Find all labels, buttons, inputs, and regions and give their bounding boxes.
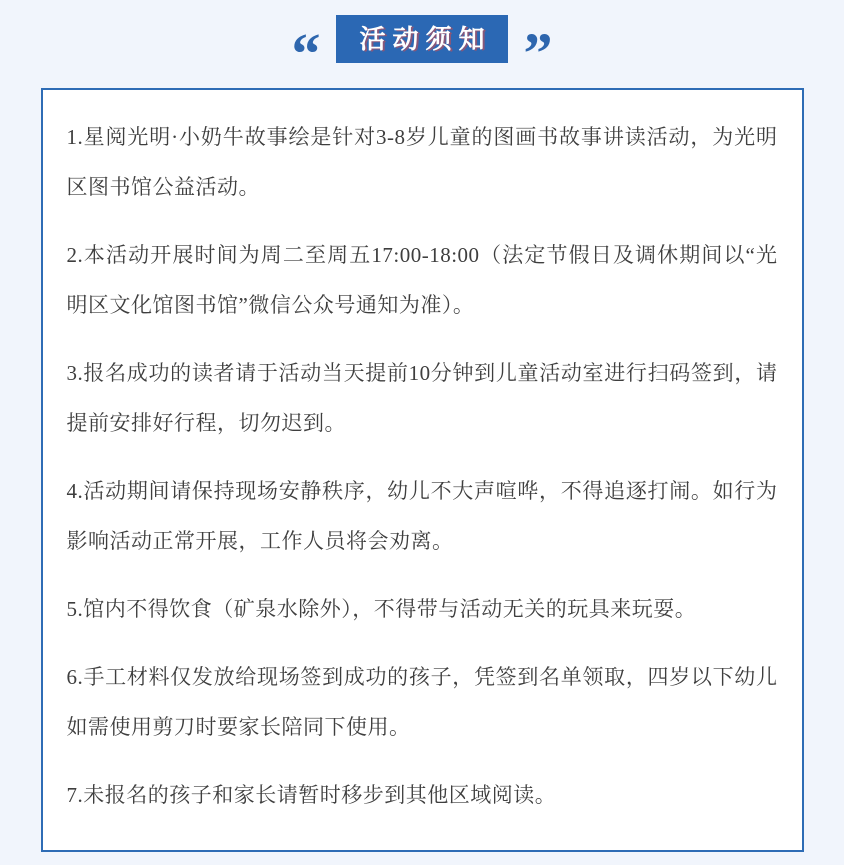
notice-item-3: 3.报名成功的读者请于活动当天提前10分钟到儿童活动室进行扫码签到，请提前安排好… [67, 348, 778, 448]
notice-item-5: 5.馆内不得饮食（矿泉水除外），不得带与活动无关的玩具来玩耍。 [67, 584, 778, 634]
notice-page: “ 活动须知 ” 1.星阅光明·小奶牛故事绘是针对3-8岁儿童的图画书故事讲读活… [0, 0, 844, 865]
notice-box: 1.星阅光明·小奶牛故事绘是针对3-8岁儿童的图画书故事讲读活动，为光明区图书馆… [41, 88, 804, 852]
section-title-badge: 活动须知 [336, 15, 507, 63]
notice-item-1: 1.星阅光明·小奶牛故事绘是针对3-8岁儿童的图画书故事讲读活动，为光明区图书馆… [67, 112, 778, 212]
notice-item-2: 2.本活动开展时间为周二至周五17:00-18:00（法定节假日及调休期间以“光… [67, 230, 778, 330]
section-header: “ 活动须知 ” [0, 14, 844, 64]
notice-item-4: 4.活动期间请保持现场安静秩序，幼儿不大声喧哗，不得追逐打闹。如行为影响活动正常… [67, 466, 778, 566]
notice-item-7: 7.未报名的孩子和家长请暂时移步到其他区域阅读。 [67, 770, 778, 820]
notice-item-6: 6.手工材料仅发放给现场签到成功的孩子，凭签到名单领取，四岁以下幼儿如需使用剪刀… [67, 652, 778, 752]
